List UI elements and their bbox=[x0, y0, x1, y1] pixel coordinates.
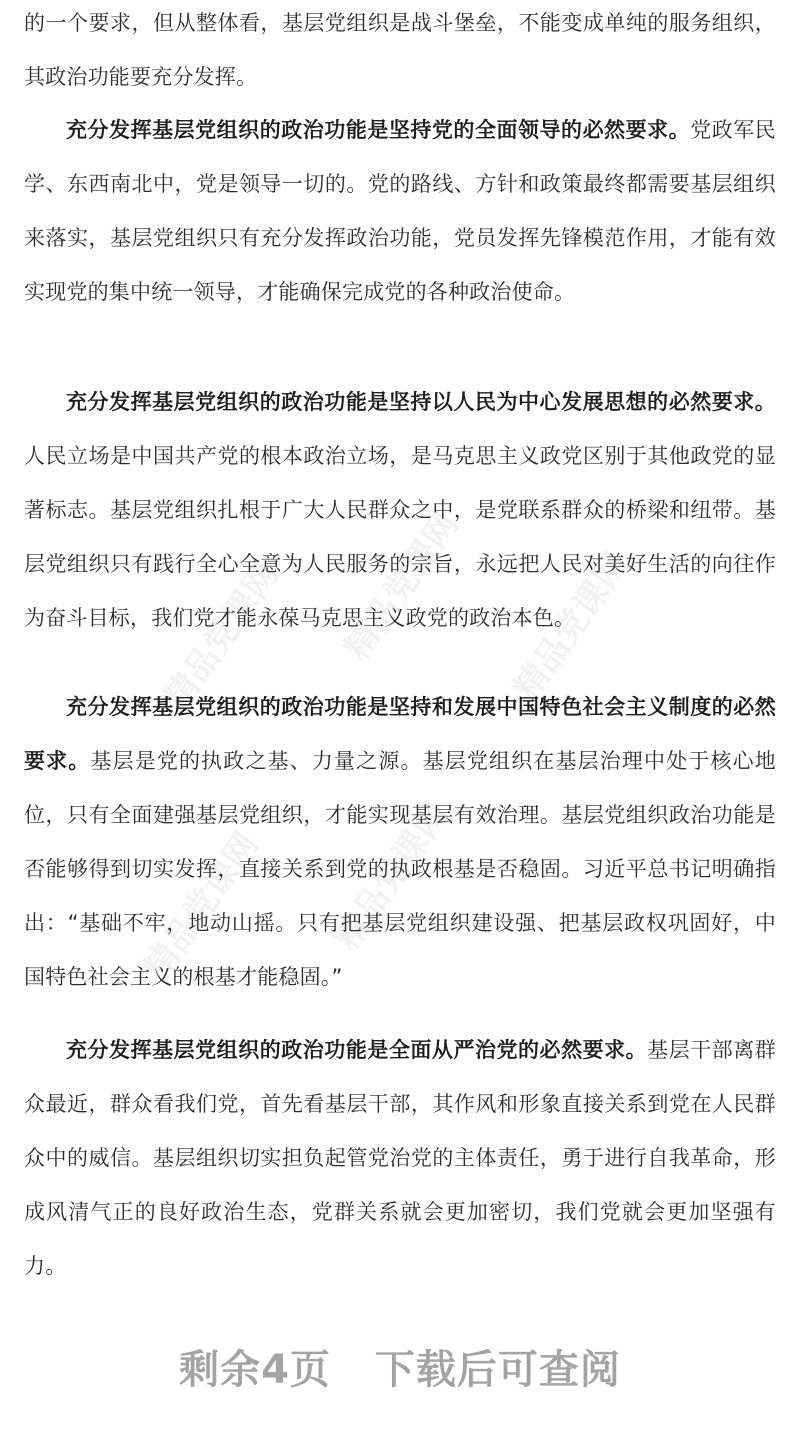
remaining-pages-label: 剩余4页 bbox=[179, 1347, 331, 1393]
download-action-label[interactable]: 下载后可查阅 bbox=[375, 1347, 621, 1393]
paragraph-strict-governance: 充分发挥基层党组织的政治功能是全面从严治党的必然要求。基层干部离群众最近，群众看… bbox=[24, 1023, 776, 1293]
paragraph-party-leadership: 充分发挥基层党组织的政治功能是坚持党的全面领导的必然要求。党政军民学、东西南北中… bbox=[24, 103, 776, 319]
paragraph-socialist-system: 充分发挥基层党组织的政治功能是坚持和发展中国特色社会主义制度的必然要求。基层是党… bbox=[24, 680, 776, 1004]
paragraph-body: 人民立场是中国共产党的根本政治立场，是马克思主义政党区别于其他政党的显著标志。基… bbox=[24, 444, 776, 630]
paragraph-lead: 充分发挥基层党组织的政治功能是坚持以人民为中心发展思想的必然要求。 bbox=[66, 390, 776, 414]
paragraph-body: 基层是党的执政之基、力量之源。基层党组织在基层治理中处于核心地位，只有全面建强基… bbox=[24, 749, 776, 989]
paragraph-body: 基层干部离群众最近，群众看我们党，首先看基层干部，其作风和形象直接关系到党在人民… bbox=[24, 1038, 776, 1278]
paragraph-body: 党政军民学、东西南北中，党是领导一切的。党的路线、方针和政策最终都需要基层组织来… bbox=[24, 118, 776, 304]
intro-paragraph: 的一个要求，但从整体看，基层党组织是战斗堡垒，不能变成单纯的服务组织，其政治功能… bbox=[24, 0, 776, 104]
paragraph-people-centered: 充分发挥基层党组织的政治功能是坚持以人民为中心发展思想的必然要求。人民立场是中国… bbox=[24, 375, 776, 645]
download-to-read-more-banner[interactable]: 剩余4页下载后可查阅 bbox=[0, 1338, 800, 1395]
paragraph-lead: 充分发挥基层党组织的政治功能是全面从严治党的必然要求。 bbox=[66, 1038, 647, 1062]
document-page: 精品党课网 精品党课网 精品党课网 精品党课网 精品党课网 的一个要求，但从整体… bbox=[0, 0, 800, 1446]
paragraph-lead: 充分发挥基层党组织的政治功能是坚持党的全面领导的必然要求。 bbox=[66, 118, 690, 142]
